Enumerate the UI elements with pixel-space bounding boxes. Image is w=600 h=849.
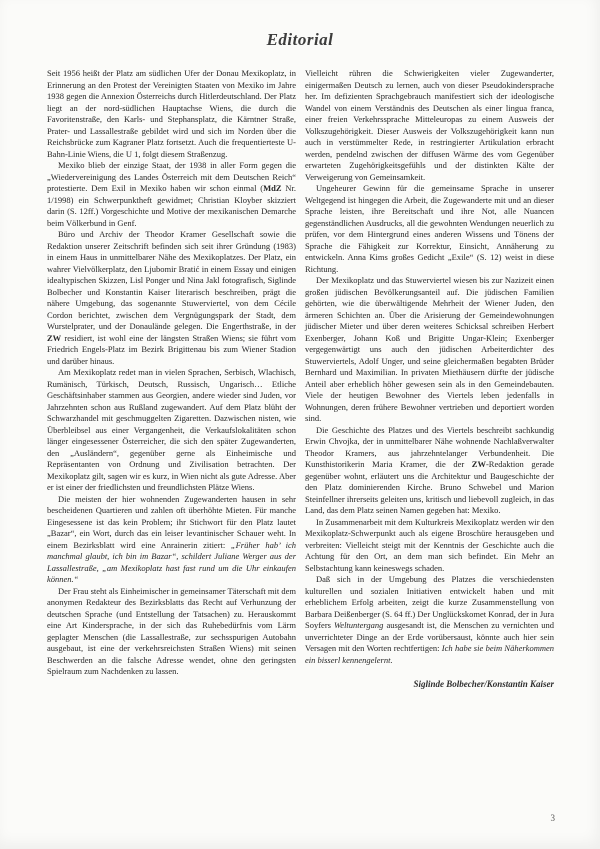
text-segment: Der Frau steht als Einheimischer in geme… — [47, 586, 296, 677]
document-page: { "title": "Editorial", "page_number": "… — [0, 0, 600, 849]
text-segment: Am Mexikoplatz redet man in vielen Sprac… — [47, 367, 296, 492]
page-number: 3 — [551, 813, 556, 823]
signature: Siglinde Bolbecher/Konstantin Kaiser — [305, 679, 554, 691]
text-segment-bold: MdZ — [263, 183, 281, 193]
page-title: Editorial — [0, 30, 600, 50]
text-segment: Der Mexikoplatz und das Stuwerviertel wi… — [305, 275, 554, 423]
paragraph: In Zusammenarbeit mit dem Kulturkreis Me… — [305, 517, 554, 575]
text-segment: residiert, ist wohl eine der längsten St… — [47, 333, 296, 366]
paragraph: Ungeheurer Gewinn für die gemeinsame Spr… — [305, 183, 554, 275]
text-segment: In Zusammenarbeit mit dem Kulturkreis Me… — [305, 517, 554, 573]
paragraph: Die Geschichte des Platzes und des Viert… — [305, 425, 554, 517]
paragraph: Die meisten der hier wohnenden Zugewande… — [47, 494, 296, 586]
text-segment: Ungeheurer Gewinn für die gemeinsame Spr… — [305, 183, 554, 274]
text-segment: Mexiko blieb der einzige Staat, der 1938… — [47, 160, 296, 193]
paragraph: Seit 1956 heißt der Platz am südlichen U… — [47, 68, 296, 160]
paragraph: Büro und Archiv der Theodor Kramer Gesel… — [47, 229, 296, 367]
text-segment-italic: Weltuntergang — [334, 620, 383, 630]
left-column: Seit 1956 heißt der Platz am südlichen U… — [47, 68, 296, 691]
article-body: Seit 1956 heißt der Platz am südlichen U… — [0, 50, 600, 691]
paragraph: Mexiko blieb der einzige Staat, der 1938… — [47, 160, 296, 229]
paragraph: Der Frau steht als Einheimischer in geme… — [47, 586, 296, 678]
paragraph: Der Mexikoplatz und das Stuwerviertel wi… — [305, 275, 554, 425]
text-segment: Vielleicht rühren die Schwierigkeiten vi… — [305, 68, 554, 182]
paragraph: Daß sich in der Umgebung des Platzes die… — [305, 574, 554, 666]
right-column: Vielleicht rühren die Schwierigkeiten vi… — [305, 68, 554, 691]
text-segment: Büro und Archiv der Theodor Kramer Gesel… — [47, 229, 296, 331]
paragraph: Vielleicht rühren die Schwierigkeiten vi… — [305, 68, 554, 183]
text-segment-bold: ZW — [472, 459, 486, 469]
text-segment: Seit 1956 heißt der Platz am südlichen U… — [47, 68, 296, 159]
paragraph: Am Mexikoplatz redet man in vielen Sprac… — [47, 367, 296, 494]
text-segment-bold: ZW — [47, 333, 61, 343]
